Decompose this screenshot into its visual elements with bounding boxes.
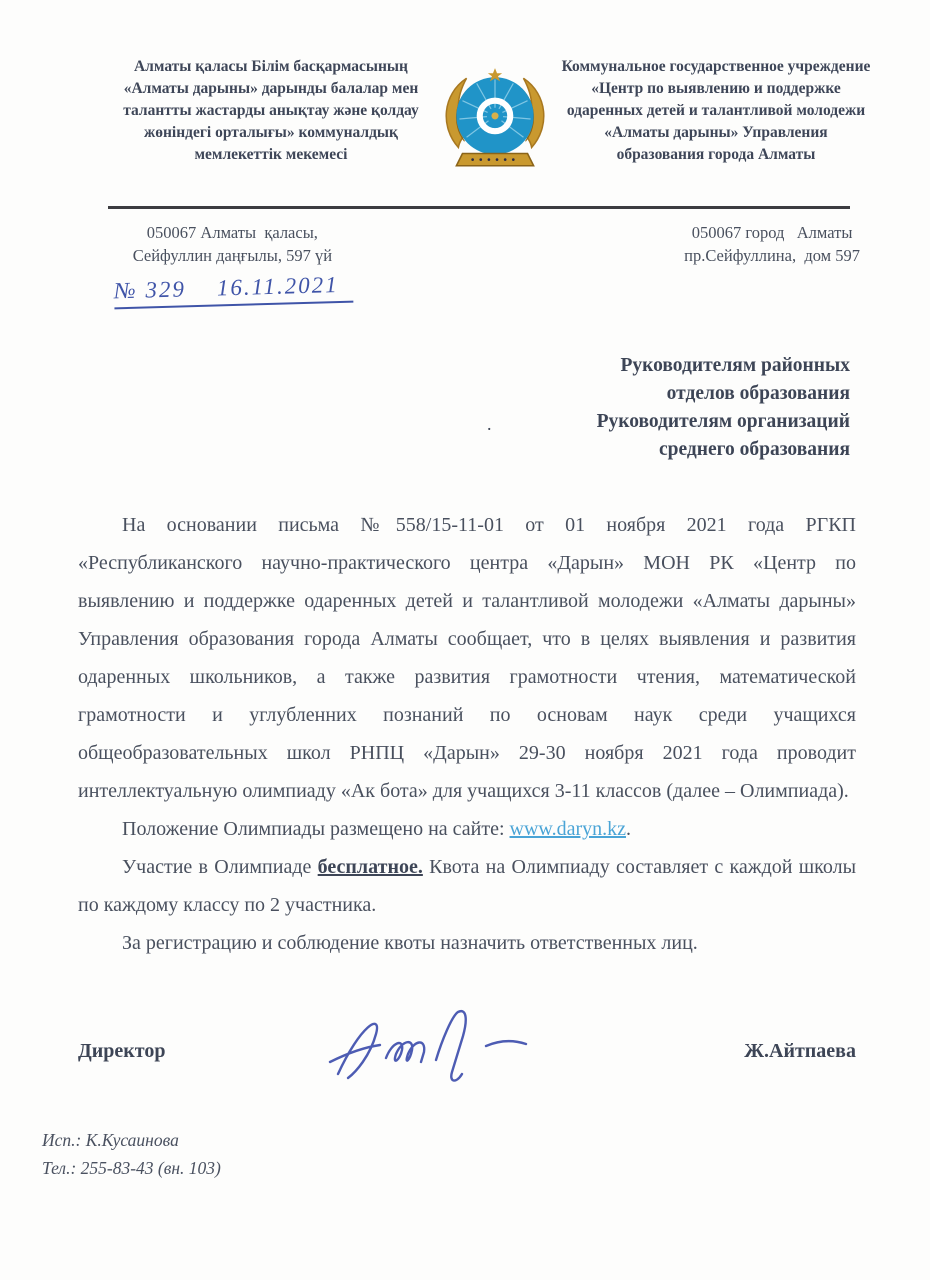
website-text: Положение Олимпиады размещено на сайте: [122,818,510,840]
address-row: 050067 Алматы қаласы, Сейфуллин даңғылы,… [112,221,860,306]
letter-body: На основании письма №558/15-11-01 от 01 … [78,506,856,962]
registration-number-handwritten: № 329 16.11.2021 [114,272,354,310]
paragraph-registration: За регистрацию и соблюдение квоты назнач… [78,924,856,962]
org-name-russian: Коммунальное государственное учреждение … [560,50,872,196]
footer-block: Исп.: К.Кусаинова Тел.: 255-83-43 (вн. 1… [42,1126,221,1182]
signature-row: Директор Ж.Айтпаева [78,1014,856,1094]
quota-text: Участие в Олимпиаде [122,856,318,878]
kazakhstan-emblem-icon [430,46,560,196]
scanned-letter-page: Алматы қаласы Білім басқармасының «Алмат… [0,0,930,1280]
signer-name: Ж.Айтпаева [744,1040,856,1063]
recipient-line: Руководителям организаций [0,408,850,436]
paragraph-main: На основании письма №558/15-11-01 от 01 … [78,506,856,810]
daryn-website-link[interactable]: www.daryn.kz [510,818,626,840]
letterhead: Алматы қаласы Білім басқармасының «Алмат… [0,0,930,196]
signer-title: Директор [78,1040,166,1063]
recipient-line: отделов образования [0,380,850,408]
paragraph-quota: Участие в Олимпиаде бесплатное. Квота на… [78,848,856,924]
address-kazakh: 050067 Алматы қаласы, Сейфуллин даңғылы,… [112,221,353,267]
org-name-kazakh: Алматы қаласы Білім басқармасының «Алмат… [112,50,430,196]
address-left-block: 050067 Алматы қаласы, Сейфуллин даңғылы,… [112,221,353,306]
handwritten-signature-icon [316,1000,566,1095]
phone-line: Тел.: 255-83-43 (вн. 103) [42,1154,221,1182]
free-participation-emphasis: бесплатное. [318,856,423,878]
recipients-block: Руководителям районных отделов образован… [0,352,850,464]
recipient-line: Руководителям районных [0,352,850,380]
scan-artifact-dot: . [487,414,492,435]
recipient-line: среднего образования [0,436,850,464]
paragraph-website: Положение Олимпиады размещено на сайте: … [78,810,856,848]
letterhead-divider [108,206,850,209]
executor-line: Исп.: К.Кусаинова [42,1126,221,1154]
website-period: . [626,818,631,840]
address-russian: 050067 город Алматы пр.Сейфуллина, дом 5… [684,221,860,306]
